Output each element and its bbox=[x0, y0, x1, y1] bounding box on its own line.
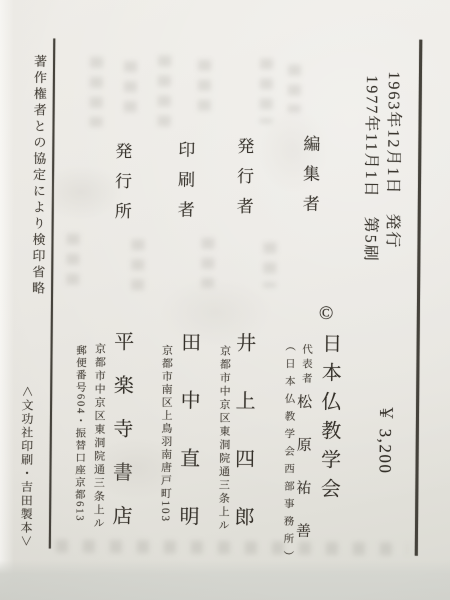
publisher-address: 京都市中京区東洞院通三条上ル bbox=[217, 345, 230, 533]
show-through-ghost bbox=[201, 238, 214, 288]
show-through-ghost bbox=[288, 65, 301, 113]
show-through-ghost bbox=[66, 234, 80, 294]
printer-name: 田中直明 bbox=[177, 332, 199, 564]
publishing-office-postal-transfer: 郵便番号604・振替口座京都613 bbox=[73, 345, 85, 523]
show-through-ghost bbox=[263, 242, 276, 287]
publisher-label: 発行者 bbox=[235, 137, 253, 227]
show-through-ghost bbox=[260, 58, 274, 123]
printer-label: 印刷者 bbox=[176, 141, 194, 231]
book-colophon-photo: 1963年12月1日 発行 1977年11月1日 第5刷 編集者 発行者 印刷者… bbox=[0, 0, 450, 600]
show-through-ghost bbox=[198, 60, 212, 120]
show-through-ghost bbox=[124, 61, 137, 116]
representative-name: 松原祐善 bbox=[294, 394, 311, 566]
printer-address: 京都市南区上鳥羽南唐戸町103 bbox=[159, 344, 172, 523]
editor-organization-name: 日本仏教学会 bbox=[318, 333, 340, 507]
colophon-right-rule bbox=[415, 40, 422, 556]
colophon-left-rule bbox=[49, 38, 55, 548]
show-through-ghost bbox=[157, 55, 171, 130]
copyright-symbol: © bbox=[319, 303, 334, 325]
publishing-office-label: 発行所 bbox=[113, 142, 131, 232]
first-edition-date: 1963年12月1日 発行 bbox=[383, 71, 401, 249]
current-printing-date: 1977年11月1日 第5刷 bbox=[361, 75, 379, 263]
printing-binding-credit: ＜文功社印刷・吉田製本＞ bbox=[20, 385, 33, 548]
representative-label: 代表者 bbox=[300, 344, 311, 388]
publishing-office-address: 京都市中京区東洞院通三条上ル bbox=[92, 343, 105, 531]
editor-label: 編集者 bbox=[301, 135, 319, 225]
colophon-page: 1963年12月1日 発行 1977年11月1日 第5刷 編集者 発行者 印刷者… bbox=[0, 0, 450, 600]
price: ￥ 3,200 bbox=[376, 404, 394, 474]
publisher-name: 井上四郎 bbox=[232, 332, 254, 564]
show-through-ghost bbox=[131, 239, 144, 294]
editor-office-note: （日本仏教学会西部事務所） bbox=[282, 341, 294, 569]
inspection-stamp-waiver-note: 著作権者との協定により検印省略 bbox=[31, 54, 46, 297]
show-through-ghost bbox=[90, 57, 104, 127]
publishing-office-name: 平楽寺書店 bbox=[110, 331, 132, 549]
